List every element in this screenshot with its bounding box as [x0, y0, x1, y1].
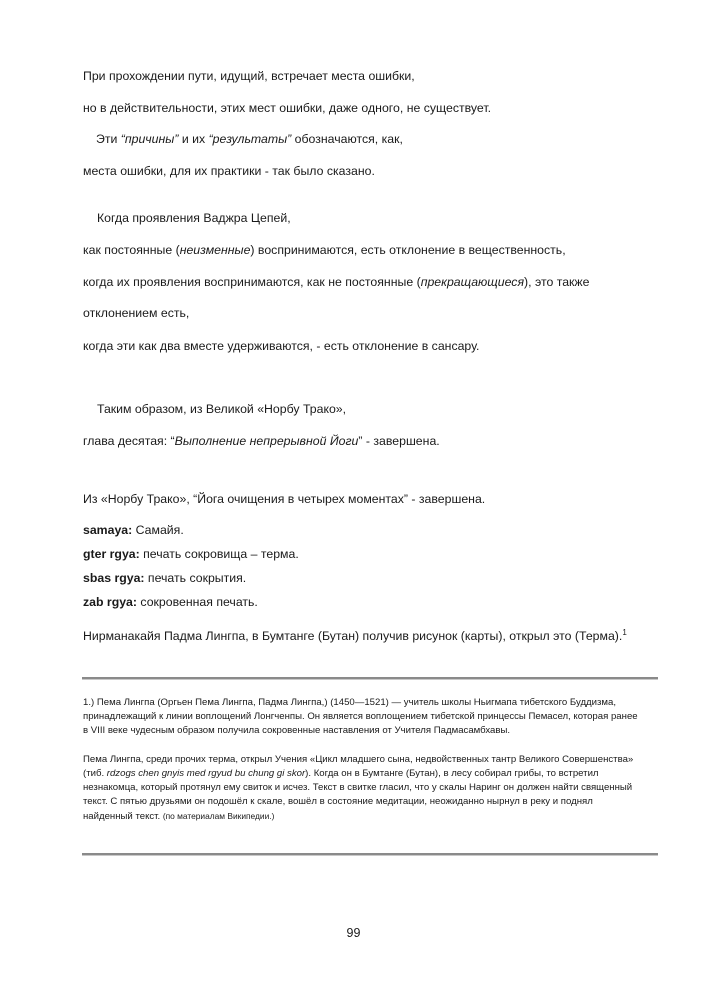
text: как постоянные ( — [83, 243, 180, 257]
paragraph-line: когда их проявления воспринимаются, как … — [83, 274, 590, 290]
glossary-item: gter rgya: печать сокровища – терма. — [83, 546, 299, 562]
glossary-item: samaya: Самайя. — [83, 522, 184, 538]
source-note: (по материалам Википедии.) — [163, 811, 275, 821]
footnote-reference[interactable]: 1 — [622, 628, 626, 637]
paragraph-line: Когда проявления Ваджра Цепей, — [97, 210, 291, 226]
glossary-term: gter rgya: — [83, 547, 140, 561]
paragraph-line: как постоянные (неизменные) воспринимают… — [83, 242, 566, 258]
footnote-line: текст. С пятью друзьями он подошёл к ска… — [83, 795, 593, 809]
paragraph-line: но в действительности, этих мест ошибки,… — [83, 100, 491, 116]
text: глава десятая: “ — [83, 434, 175, 448]
italic-term: неизменные — [180, 243, 251, 257]
closing-line: Нирманакайя Падма Лингпа, в Бумтанге (Бу… — [83, 628, 627, 644]
glossary-term: samaya: — [83, 523, 132, 537]
paragraph-line: когда эти как два вместе удерживаются, -… — [83, 338, 479, 354]
footnote-line: (тиб. rdzogs chen gnyis med rgyud bu chu… — [83, 767, 599, 781]
footnote-line: незнакомца, который протянул ему свиток … — [83, 781, 632, 795]
footnote-line: в VIII веке чудесным образом получила со… — [83, 724, 510, 738]
text: обозначаются, как, — [291, 132, 403, 146]
footnote-line: принадлежащий к линии воплощений Лонгчен… — [83, 710, 638, 724]
paragraph-line: Таким образом, из Великой «Норбу Трако», — [97, 401, 346, 417]
text: ” - завершена. — [358, 434, 439, 448]
glossary-term: zab rgya: — [83, 595, 137, 609]
paragraph-line: Эти “причины” и их “результаты” обознача… — [96, 131, 403, 147]
italic-term: “результаты” — [209, 132, 292, 146]
text: Эти — [96, 132, 121, 146]
paragraph-line: места ошибки, для их практики - так было… — [83, 163, 375, 179]
glossary-definition: Самайя. — [132, 523, 184, 537]
paragraph-line: отклонением есть, — [83, 305, 189, 321]
text: когда их проявления воспринимаются, как … — [83, 275, 421, 289]
paragraph-line: При прохождении пути, идущий, встречает … — [83, 68, 415, 84]
text: найденный текст. — [83, 811, 163, 822]
glossary-term: sbas rgya: — [83, 571, 145, 585]
text: ). Когда он в Бумтанге (Бутан), в лесу с… — [305, 768, 598, 779]
paragraph-line: глава десятая: “Выполнение непрерывной Й… — [83, 433, 440, 449]
italic-term: “причины” — [121, 132, 179, 146]
glossary-definition: печать сокровища – терма. — [140, 547, 299, 561]
footnote-line: 1.) Пема Лингпа (Оргьен Пема Лингпа, Пад… — [83, 696, 616, 710]
chapter-title: Выполнение непрерывной Йоги — [175, 434, 359, 448]
footnote-separator — [82, 677, 658, 680]
glossary-definition: печать сокрытия. — [145, 571, 247, 585]
page-number: 99 — [0, 926, 707, 940]
footnote-line: Пема Лингпа, среди прочих терма, открыл … — [83, 753, 633, 767]
glossary-item: zab rgya: сокровенная печать. — [83, 594, 258, 610]
glossary-item: sbas rgya: печать сокрытия. — [83, 570, 246, 586]
italic-term: прекращающиеся — [421, 275, 524, 289]
footnote-line: найденный текст. (по материалам Википеди… — [83, 809, 274, 824]
text: Нирманакайя Падма Лингпа, в Бумтанге (Бу… — [83, 629, 622, 643]
tibetan-title: rdzogs chen gnyis med rgyud bu chung gi … — [107, 768, 305, 779]
text: ), это также — [524, 275, 589, 289]
glossary-definition: сокровенная печать. — [137, 595, 258, 609]
paragraph-line: Из «Норбу Трако», “Йога очищения в четыр… — [83, 491, 485, 507]
text: (тиб. — [83, 768, 107, 779]
footnote-bottom-separator — [82, 853, 658, 856]
text: и их — [178, 132, 208, 146]
text: ) воспринимаются, есть отклонение в веще… — [250, 243, 565, 257]
